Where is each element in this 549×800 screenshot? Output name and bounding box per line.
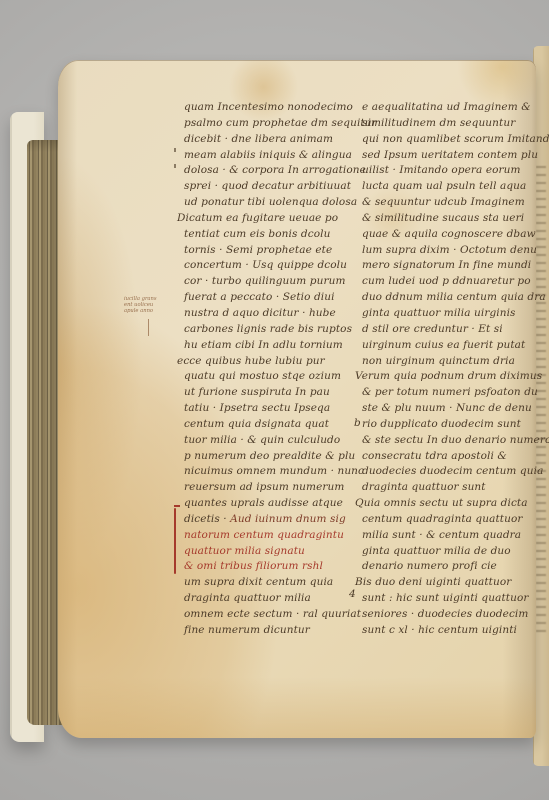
manuscript-text-span: denario numero profi cie — [362, 560, 497, 572]
manuscript-line: & ste sectu In duo denario numero — [362, 433, 540, 449]
manuscript-text-span: draginta quattuor milia — [184, 592, 311, 604]
manuscript-text-span: centum quia dsignata quat — [184, 418, 329, 430]
rubric-bracket — [174, 508, 176, 574]
manuscript-line: um supra dixit centum quia — [184, 575, 368, 591]
manuscript-line: draginta quattuor milia — [184, 591, 368, 607]
manuscript-text-span: duodecies duodecim centum quia — [362, 465, 543, 477]
manuscript-text-span: quae & aquila cognoscere dbaw — [362, 228, 536, 240]
manuscript-line: rio dupplicato duodecim sunt — [362, 417, 540, 433]
manuscript-text-span: psalmo cum prophetae dm sequitur — [184, 117, 377, 129]
manuscript-line: omnem ecte sectum · ral quuriat — [184, 607, 368, 623]
manuscript-text-span: consecratu tdra apostoli & — [362, 450, 507, 462]
manuscript-line: sunt c xl · hic centum uiginti — [362, 623, 540, 639]
manuscript-text-span: hu etiam cibi In adlu tornium — [184, 339, 343, 351]
manuscript-line: & similitudine sucaus sta ueri — [362, 211, 540, 227]
marginal-gloss: iucilla grans ent uoliceu apule anno — [124, 297, 176, 314]
manuscript-line: nustra d aquo dicitur · hube — [184, 306, 368, 322]
manuscript-line: fuerat a peccato · Setio diui — [184, 290, 368, 306]
manuscript-line: dicebit · dne libera animam — [184, 132, 368, 148]
manuscript-text-span: tuor milia · & quin culculudo — [184, 434, 340, 446]
manuscript-text-span: & per totum numeri psfoaton du — [362, 386, 538, 398]
manuscript-text-span: ud ponatur tibi uolenqua dolosa — [184, 196, 357, 208]
manuscript-text-span: qui non quamlibet scorum Imitando — [362, 133, 549, 145]
manuscript-line: ut furione suspiruta In pau — [184, 385, 368, 401]
manuscript-line: sunt : hic sunt uiginti quattuor — [362, 591, 540, 607]
manuscript-text-span: ecce quibus hube lubiu pur — [177, 355, 325, 367]
manuscript-line: d stil ore creduntur · Et si — [362, 322, 540, 338]
manuscript-line: draginta quattuor sunt — [362, 480, 540, 496]
manuscript-line: uirginum cuius ea fuerit putat — [362, 338, 540, 354]
manuscript-line: mero signatorum In fine mundi — [362, 258, 540, 274]
manuscript-line: ginta quattuor milia de duo — [362, 544, 540, 560]
manuscript-text-span: concertum · Usq quippe dcolu — [184, 259, 347, 271]
manuscript-line: tentiat cum eis bonis dcolu — [184, 227, 368, 243]
margin-tick — [174, 148, 176, 152]
manuscript-line: uilist · Imitando opera eorum — [362, 163, 540, 179]
manuscript-line: lum supra dixim · Octotum denu — [362, 243, 540, 259]
manuscript-text-span: Bis duo deni uiginti quattuor — [355, 576, 511, 588]
manuscript-text-span: carbones lignis rade bis ruptos — [184, 323, 352, 335]
manuscript-line: reuersum ad ipsum numerum — [184, 480, 368, 496]
manuscript-text-span: sprei · quod decatur arbitiuuat — [184, 180, 351, 192]
manuscript-line: sprei · quod decatur arbitiuuat — [184, 179, 368, 195]
manuscript-text-span: ste & plu nuum · Nunc de denu — [362, 402, 532, 414]
manuscript-line: similitudinem dm sequuntur — [362, 116, 540, 132]
manuscript-text-span: um supra dixit centum quia — [184, 576, 333, 588]
manuscript-text-span: tatiu · Ipsetra sectu Ipseqa — [184, 402, 330, 414]
manuscript-text-span: reuersum ad ipsum numerum — [184, 481, 344, 493]
manuscript-line: quantes uprals audisse atque — [184, 496, 368, 512]
marginal-mark-4: 4 — [349, 588, 356, 600]
manuscript-line: quattuor milia signatu — [184, 544, 368, 560]
manuscript-text-span: & similitudine sucaus sta ueri — [362, 212, 524, 224]
manuscript-text-span: similitudinem dm sequuntur — [362, 117, 515, 129]
manuscript-text-span: sunt c xl · hic centum uiginti — [362, 624, 517, 636]
manuscript-text-span: d stil ore creduntur · Et si — [362, 323, 503, 335]
manuscript-text-span: seniores · duodecies duodecim — [362, 608, 528, 620]
manuscript-text-span: milia sunt · & centum quadra — [362, 529, 521, 541]
gloss-descender-stroke — [148, 319, 149, 336]
manuscript-text-span: nicuimus omnem mundum · nunc — [184, 465, 364, 477]
manuscript-line: cum ludei uod p ddnuaretur po — [362, 274, 540, 290]
manuscript-text-span: uilist · Imitando opera eorum — [362, 164, 521, 176]
manuscript-line: duodecies duodecim centum quia — [362, 464, 540, 480]
manuscript-line: e aequalitatina ud Imaginem & — [362, 100, 540, 116]
manuscript-text-span: Quia omnis sectu ut supra dicta — [355, 497, 528, 509]
manuscript-line: & omi tribus filiorum rshl — [184, 559, 368, 575]
manuscript-text-span: p numerum deo prealdite & plu — [184, 450, 355, 462]
manuscript-line: seniores · duodecies duodecim — [362, 607, 540, 623]
manuscript-line: duo ddnum milia centum quia dra — [362, 290, 540, 306]
manuscript-text-span: dolosa · & corpora In arrogatione — [184, 164, 366, 176]
manuscript-text-span: natorum centum quadragintu — [184, 529, 344, 541]
manuscript-line: consecratu tdra apostoli & — [362, 449, 540, 465]
manuscript-text-span: tornis · Semi prophetae ete — [184, 244, 332, 256]
parchment-page: iucilla grans ent uoliceu apule anno qua… — [58, 60, 536, 738]
manuscript-line: cor · turbo quilinguum purum — [184, 274, 368, 290]
manuscript-text-span: fuerat a peccato · Setio diui — [184, 291, 335, 303]
manuscript-line: & sequuntur udcub Imaginem — [362, 195, 540, 211]
manuscript-line: quae & aquila cognoscere dbaw — [362, 227, 540, 243]
manuscript-line: lucta quam ual psuln tell aqua — [362, 179, 540, 195]
manuscript-text-span: centum quadraginta quattuor — [362, 513, 523, 525]
manuscript-line: centum quadraginta quattuor — [362, 512, 540, 528]
manuscript-line: Quia omnis sectu ut supra dicta — [355, 496, 540, 512]
manuscript-text-span: draginta quattuor sunt — [362, 481, 486, 493]
manuscript-line: carbones lignis rade bis ruptos — [184, 322, 368, 338]
manuscript-text-span: tentiat cum eis bonis dcolu — [184, 228, 330, 240]
manuscript-text-span: Verum quia podnum drum diximus — [355, 370, 542, 382]
manuscript-text-span: lum supra dixim · Octotum denu — [362, 244, 537, 256]
manuscript-line: tuor milia · & quin culculudo — [184, 433, 368, 449]
manuscript-line: denario numero profi cie — [362, 559, 540, 575]
manuscript-text-span: duo ddnum milia centum quia dra — [362, 291, 546, 303]
manuscript-line: & per totum numeri psfoaton du — [362, 385, 540, 401]
manuscript-text-span: nustra d aquo dicitur · hube — [184, 307, 336, 319]
manuscript-text-span: & omi tribus filiorum rshl — [184, 560, 323, 572]
manuscript-text-span: quatu qui mostuo stqe ozium — [184, 370, 341, 382]
manuscript-text-span: quantes uprals audisse atque — [184, 497, 343, 509]
manuscript-text-span: Aud iuinum dnum sig — [230, 513, 346, 525]
manuscript-line: fine numerum dicuntur — [184, 623, 368, 639]
manuscript-line: ud ponatur tibi uolenqua dolosa — [184, 195, 368, 211]
manuscript-text-span: meam alabiis iniquis & alingua — [184, 149, 352, 161]
manuscript-line: nicuimus omnem mundum · nunc — [184, 464, 368, 480]
manuscript-text-span: ginta quattuor milia uirginis — [362, 307, 516, 319]
manuscript-line: meam alabiis iniquis & alingua — [184, 148, 368, 164]
manuscript-text-span: & ste sectu In duo denario numero — [362, 434, 549, 446]
manuscript-line: dolosa · & corpora In arrogatione — [184, 163, 368, 179]
manuscript-text-span: dicetis · — [184, 513, 230, 525]
manuscript-line: milia sunt · & centum quadra — [362, 528, 540, 544]
manuscript-line: psalmo cum prophetae dm sequitur — [184, 116, 368, 132]
manuscript-text-span: lucta quam ual psuln tell aqua — [362, 180, 526, 192]
manuscript-line: quam Incentesimo nonodecimo — [184, 100, 368, 116]
manuscript-text-span: e aequalitatina ud Imaginem & — [362, 101, 531, 113]
manuscript-text-span: & sequuntur udcub Imaginem — [362, 196, 525, 208]
manuscript-line: Bis duo deni uiginti quattuor — [355, 575, 540, 591]
manuscript-text-span: uirginum cuius ea fuerit putat — [362, 339, 525, 351]
photograph-of-manuscript: iucilla grans ent uoliceu apule anno qua… — [0, 0, 549, 800]
manuscript-line: centum quia dsignata quat — [184, 417, 368, 433]
manuscript-text-span: sed Ipsum ueritatem contem plu — [362, 149, 538, 161]
manuscript-text-span: Dicatum ea fugitare ueuae po — [177, 212, 338, 224]
manuscript-text-span: non uirginum quinctum dria — [362, 355, 515, 367]
manuscript-line: ginta quattuor milia uirginis — [362, 306, 540, 322]
manuscript-line: quatu qui mostuo stqe ozium — [184, 369, 368, 385]
manuscript-line: dicetis · Aud iuinum dnum sig — [184, 512, 368, 528]
manuscript-line: p numerum deo prealdite & plu — [184, 449, 368, 465]
manuscript-line: Dicatum ea fugitare ueuae po — [177, 211, 368, 227]
text-column-right: e aequalitatina ud Imaginem &similitudin… — [362, 100, 540, 639]
manuscript-text-span: sunt : hic sunt uiginti quattuor — [362, 592, 529, 604]
manuscript-line: tatiu · Ipsetra sectu Ipseqa — [184, 401, 368, 417]
margin-tick — [174, 164, 176, 168]
manuscript-text-span: ut furione suspiruta In pau — [184, 386, 330, 398]
manuscript-line: tornis · Semi prophetae ete — [184, 243, 368, 259]
manuscript-line: natorum centum quadragintu — [184, 528, 368, 544]
manuscript-line: non uirginum quinctum dria — [362, 354, 540, 370]
manuscript-text-span: omnem ecte sectum · ral quuriat — [184, 608, 361, 620]
manuscript-line: sed Ipsum ueritatem contem plu — [362, 148, 540, 164]
manuscript-text-span: mero signatorum In fine mundi — [362, 259, 531, 271]
manuscript-text-span: dicebit · dne libera animam — [184, 133, 333, 145]
manuscript-text-span: ginta quattuor milia de duo — [362, 545, 511, 557]
gloss-line: apule anno — [124, 309, 176, 315]
manuscript-line: ecce quibus hube lubiu pur — [177, 354, 368, 370]
manuscript-line: hu etiam cibi In adlu tornium — [184, 338, 368, 354]
manuscript-text-span: rio dupplicato duodecim sunt — [362, 418, 521, 430]
manuscript-text-span: cum ludei uod p ddnuaretur po — [362, 275, 531, 287]
manuscript-text-span: fine numerum dicuntur — [184, 624, 310, 636]
manuscript-line: qui non quamlibet scorum Imitando — [362, 132, 540, 148]
manuscript-text-span: cor · turbo quilinguum purum — [184, 275, 346, 287]
manuscript-text-span: quam Incentesimo nonodecimo — [184, 101, 353, 113]
marginal-mark-b: b — [354, 417, 361, 429]
manuscript-line: Verum quia podnum drum diximus — [355, 369, 540, 385]
manuscript-text-span: quattuor milia signatu — [184, 545, 305, 557]
manuscript-line: concertum · Usq quippe dcolu — [184, 258, 368, 274]
text-column-left: quam Incentesimo nonodecimopsalmo cum pr… — [184, 100, 368, 639]
manuscript-line: ste & plu nuum · Nunc de denu — [362, 401, 540, 417]
